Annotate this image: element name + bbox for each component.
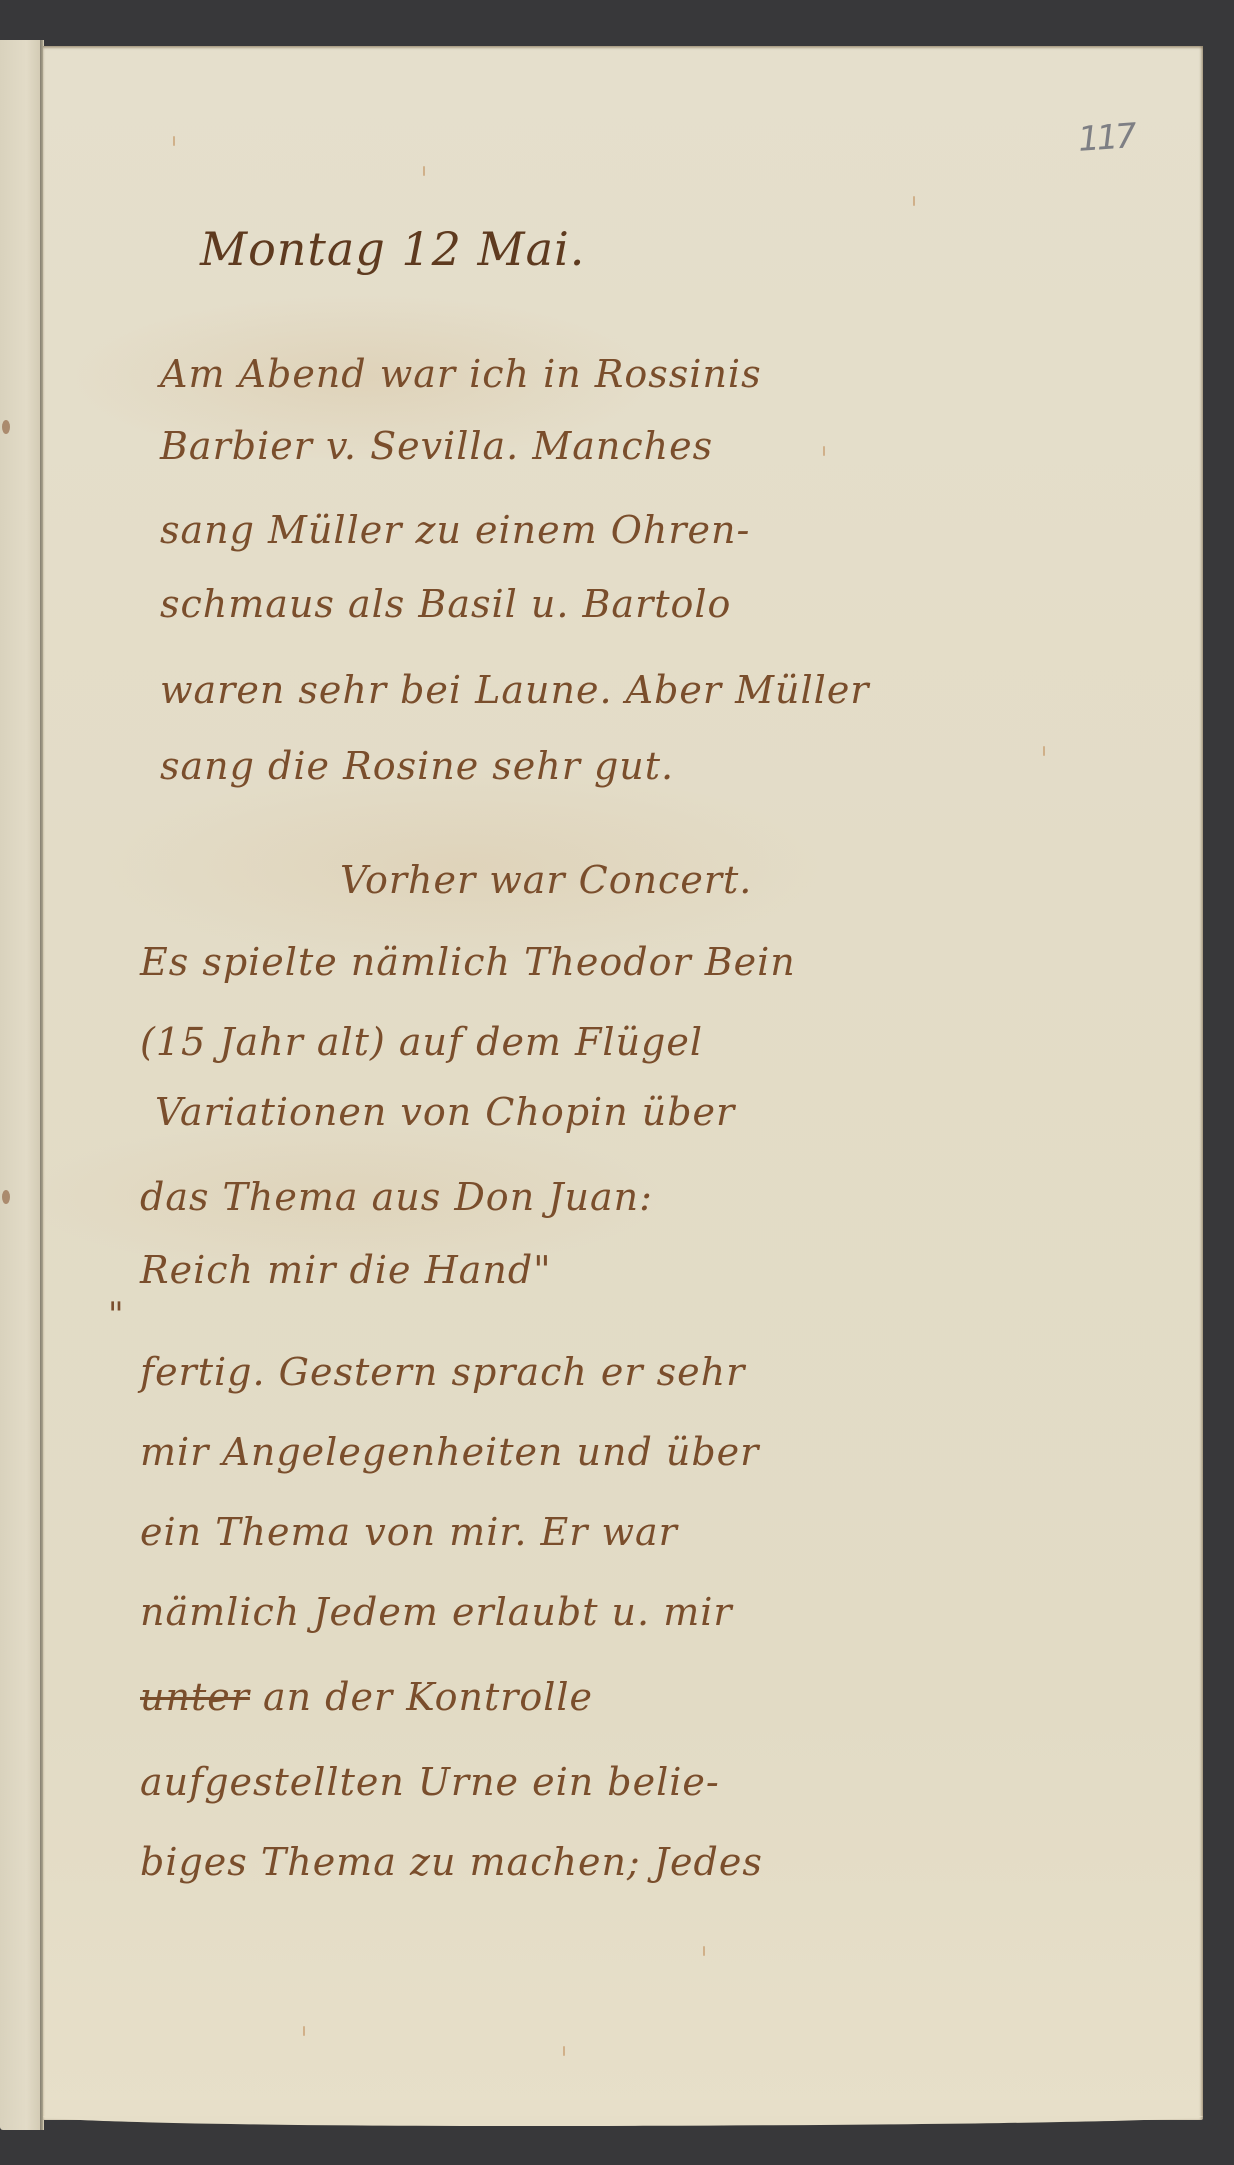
text-line: waren sehr bei Laune. Aber Müller <box>160 668 869 712</box>
text-line: das Thema aus Don Juan: <box>140 1175 653 1219</box>
text-line: Barbier v. Sevilla. Manches <box>160 424 713 468</box>
text-line: schmaus als Basil u. Bartolo <box>160 582 731 626</box>
text-line: Reich mir die Hand" <box>140 1248 552 1292</box>
text-line: Vorher war Concert. <box>340 858 752 902</box>
scan-background: 117 Montag 12 Mai. Am Abend war ich in R… <box>0 0 1234 2165</box>
text-line: sang die Rosine sehr gut. <box>160 744 674 788</box>
text-line: aufgestellten Urne ein belie- <box>140 1760 720 1804</box>
text-line: (15 Jahr alt) auf dem Flügel <box>140 1020 703 1064</box>
text-line-with-strikethrough: unter an der Kontrolle <box>140 1675 593 1719</box>
text-line: Am Abend war ich in Rossinis <box>160 352 762 396</box>
text-line: nämlich Jedem erlaubt u. mir <box>140 1590 733 1634</box>
quotation-mark: " <box>108 1295 124 1335</box>
entry-heading: Montag 12 Mai. <box>200 222 585 276</box>
text-line: mir Angelegenheiten und über <box>140 1430 759 1474</box>
struck-out-word: unter <box>140 1675 250 1719</box>
text-line: sang Müller zu einem Ohren- <box>160 508 750 552</box>
text-line: biges Thema zu machen; Jedes <box>140 1840 763 1884</box>
text-line: Es spielte nämlich Theodor Bein <box>140 940 796 984</box>
text-line: ein Thema von mir. Er war <box>140 1510 678 1554</box>
text-line: Variationen von Chopin über <box>155 1090 735 1134</box>
text-line: fertig. Gestern sprach er sehr <box>140 1350 745 1394</box>
handwritten-text: Montag 12 Mai. Am Abend war ich in Rossi… <box>0 0 1234 2165</box>
